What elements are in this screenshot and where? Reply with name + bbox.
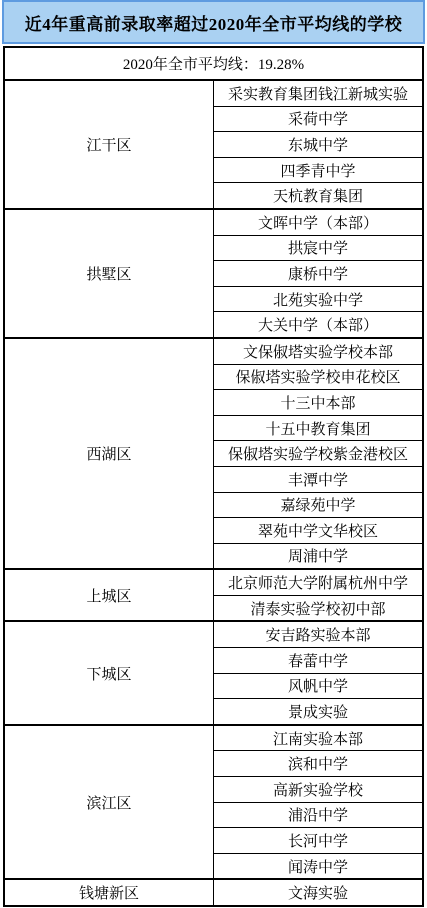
school-cell: 文晖中学（本部） (214, 209, 424, 235)
school-cell: 北京师范大学附属杭州中学 (214, 569, 424, 595)
school-cell: 长河中学 (214, 828, 424, 854)
school-cell: 东城中学 (214, 132, 424, 158)
school-cell: 丰潭中学 (214, 466, 424, 492)
district-cell: 下城区 (4, 621, 214, 724)
table-row: 拱墅区文晖中学（本部） (4, 209, 423, 235)
school-cell: 文海实验 (214, 879, 424, 906)
school-cell: 安吉路实验本部 (214, 621, 424, 647)
school-cell: 滨和中学 (214, 751, 424, 777)
school-cell: 保俶塔实验学校申花校区 (214, 364, 424, 390)
school-cell: 春蕾中学 (214, 648, 424, 674)
district-cell: 西湖区 (4, 338, 214, 569)
table-row: 上城区北京师范大学附属杭州中学 (4, 569, 423, 595)
school-cell: 四季青中学 (214, 157, 424, 183)
school-cell: 大关中学（本部） (214, 312, 424, 338)
school-cell: 闻涛中学 (214, 853, 424, 879)
school-table-body: 2020年全市平均线：19.28% 江干区采实教育集团钱江新城实验采荷中学东城中… (4, 47, 423, 906)
table-row: 西湖区文保俶塔实验学校本部 (4, 338, 423, 364)
table-row: 钱塘新区文海实验 (4, 879, 423, 906)
district-cell: 江干区 (4, 80, 214, 209)
school-cell: 翠苑中学文华校区 (214, 518, 424, 544)
school-cell: 十五中教育集团 (214, 415, 424, 441)
school-cell: 保俶塔实验学校紫金港校区 (214, 441, 424, 467)
school-cell: 文保俶塔实验学校本部 (214, 338, 424, 364)
table-row: 江干区采实教育集团钱江新城实验 (4, 80, 423, 106)
district-cell: 拱墅区 (4, 209, 214, 338)
page-title: 近4年重高前录取率超过2020年全市平均线的学校 (2, 0, 425, 44)
school-cell: 浦沿中学 (214, 802, 424, 828)
school-cell: 采荷中学 (214, 106, 424, 132)
district-cell: 钱塘新区 (4, 879, 214, 906)
school-cell: 十三中本部 (214, 390, 424, 416)
school-cell: 周浦中学 (214, 543, 424, 569)
district-cell: 上城区 (4, 569, 214, 621)
table-row: 滨江区江南实验本部 (4, 725, 423, 751)
district-cell: 滨江区 (4, 725, 214, 880)
average-line-cell: 2020年全市平均线：19.28% (4, 47, 423, 80)
school-cell: 北苑实验中学 (214, 286, 424, 312)
school-cell: 采实教育集团钱江新城实验 (214, 80, 424, 106)
school-cell: 风帆中学 (214, 673, 424, 699)
table-row: 下城区安吉路实验本部 (4, 621, 423, 647)
school-cell: 康桥中学 (214, 261, 424, 287)
school-cell: 拱宸中学 (214, 235, 424, 261)
school-cell: 清泰实验学校初中部 (214, 595, 424, 621)
school-cell: 嘉绿苑中学 (214, 492, 424, 518)
school-table: 2020年全市平均线：19.28% 江干区采实教育集团钱江新城实验采荷中学东城中… (3, 46, 424, 907)
school-cell: 景成实验 (214, 699, 424, 725)
school-cell: 高新实验学校 (214, 777, 424, 803)
school-cell: 天杭教育集团 (214, 183, 424, 209)
average-line-row: 2020年全市平均线：19.28% (4, 47, 423, 80)
page: 近4年重高前录取率超过2020年全市平均线的学校 2020年全市平均线：19.2… (0, 0, 427, 908)
school-cell: 江南实验本部 (214, 725, 424, 751)
